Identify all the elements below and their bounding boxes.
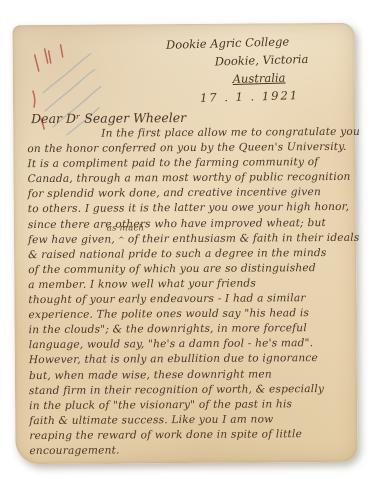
caret-mark: ^ [118, 235, 125, 244]
body-line: However, that is only an ebullition due … [29, 351, 349, 368]
inserted-word: as much [107, 221, 144, 236]
letterhead: Dookie Agric College Dookie, Victoria Au… [158, 31, 340, 108]
letter-body: In the first place allow me to congratul… [27, 125, 349, 459]
body-line: of the community of which you are so dis… [28, 261, 348, 278]
inserted-word-wrap: ^as much [117, 233, 126, 245]
letterhead-town: Dookie, Victoria [188, 50, 308, 71]
letter-date: 17 . 1 . 1921 [200, 86, 300, 107]
body-line: reaping the reward of work done in spite… [29, 427, 349, 444]
scan-background: { "colors": { "paper": "#eedcbc", "ink":… [0, 0, 370, 479]
body-line: since there are others who have improved… [28, 215, 348, 232]
body-line: encouragement. [29, 442, 349, 459]
body-line: stand firm in their recognition of worth… [29, 381, 349, 398]
letterhead-country: Australia [212, 69, 285, 89]
letter-paper: Dookie Agric College Dookie, Victoria Au… [12, 23, 357, 464]
salutation: Dear Dʳ Seager Wheeler [31, 110, 186, 126]
line8-pre: few have given, [28, 233, 115, 246]
body-line: to others. I guess it is the latter you … [28, 200, 348, 217]
line8-post: of their enthusiasm & faith in their ide… [128, 231, 360, 245]
